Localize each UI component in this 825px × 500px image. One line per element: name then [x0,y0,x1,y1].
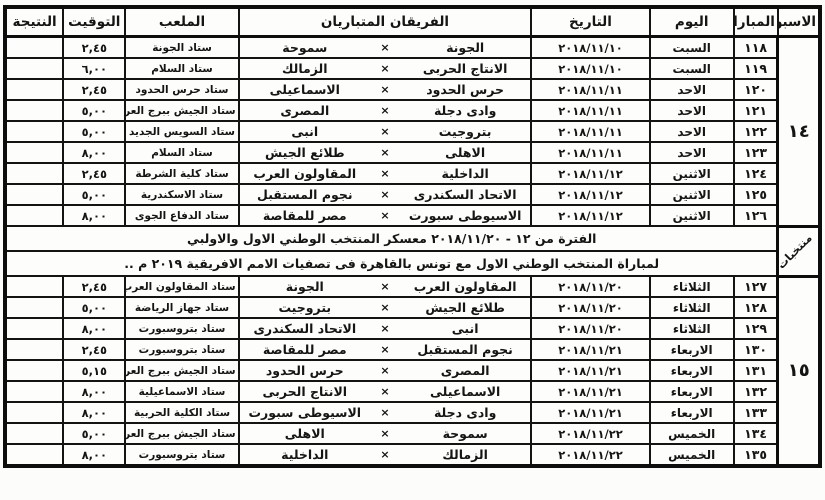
cell-result [5,184,63,205]
cell-match-number: ١٣٠ [734,339,778,360]
vs-symbol: × [368,406,402,419]
week-number-cell: ١٤ [778,37,820,227]
team-home: المقاولون العرب [402,279,528,294]
cell-time: ٢,٤٥ [63,276,125,297]
cell-teams: وادى دجلة×المصرى [239,100,532,121]
cell-stadium: ستاد الاسماعيلية [125,381,238,402]
table-row: ١٢٣الاحد٢٠١٨/١١/١١الاهلى×طلائع الجيشستاد… [5,142,820,163]
team-home: سموحة [402,426,528,441]
cell-day: السبت [650,58,734,79]
cell-time: ٥,٠٠ [63,297,125,318]
note-side-label: منتخبات [778,232,814,272]
cell-date: ٢٠١٨/١١/٢٠ [531,297,649,318]
cell-stadium: ستاد الجيش ببرج العرب [125,423,238,444]
cell-teams: طلائع الجيش×بتروجيت [239,297,532,318]
cell-time: ٢,٤٥ [63,163,125,184]
cell-date: ٢٠١٨/١١/١١ [531,79,649,100]
cell-teams: نجوم المستقبل×مصر للمقاصة [239,339,532,360]
cell-match-number: ١٣١ [734,360,778,381]
cell-stadium: ستاد حرس الحدود [125,79,238,100]
cell-teams: حرس الحدود×الاسماعيلى [239,79,532,100]
teams-row: الداخلية×المقاولون العرب [242,166,529,181]
table-row: ١٤١١٨السبت٢٠١٨/١١/١٠الجونة×سموحةستاد الج… [5,37,820,59]
cell-day: الاحد [650,121,734,142]
cell-result [5,205,63,226]
team-home: الانتاج الحربى [402,61,528,76]
cell-day: الاربعاء [650,381,734,402]
cell-stadium: ستاد بتروسبورت [125,318,238,339]
table-row: ١٢٤الاثنين٢٠١٨/١١/١٢الداخلية×المقاولون ا… [5,163,820,184]
teams-row: المصرى×حرس الحدود [242,363,529,378]
team-home: المصرى [402,363,528,378]
cell-result [5,163,63,184]
teams-row: حرس الحدود×الاسماعيلى [242,82,529,97]
cell-stadium: ستاد السويس الجديد [125,121,238,142]
cell-time: ٢,٤٥ [63,339,125,360]
cell-stadium: ستاد الدفاع الجوى [125,205,238,226]
team-away: طلائع الجيش [242,145,368,160]
team-away: الداخلية [242,447,368,462]
table-row: ١٢١الاحد٢٠١٨/١١/١١وادى دجلة×المصرىستاد ا… [5,100,820,121]
cell-date: ٢٠١٨/١١/٢٠ [531,276,649,297]
cell-date: ٢٠١٨/١١/٢١ [531,339,649,360]
table-row: ١٢٦الاثنين٢٠١٨/١١/١٢الاسيوطى سبورت×مصر ل… [5,205,820,226]
cell-teams: المقاولون العرب×الجونة [239,276,532,297]
cell-date: ٢٠١٨/١١/٢٠ [531,318,649,339]
teams-row: وادى دجلة×المصرى [242,103,529,118]
cell-time: ٨,٠٠ [63,444,125,466]
cell-day: الاحد [650,100,734,121]
cell-result [5,297,63,318]
teams-row: بتروجيت×انبى [242,124,529,139]
team-away: الزمالك [242,61,368,76]
team-away: حرس الحدود [242,363,368,378]
vs-symbol: × [368,83,402,96]
team-home: الداخلية [402,166,528,181]
cell-stadium: ستاد جهاز الرياضة [125,297,238,318]
team-away: الاهلى [242,426,368,441]
team-away: المقاولون العرب [242,166,368,181]
team-home: الجونة [402,40,528,55]
match-schedule-table: الاسبوعالمباراةاليومالتاريخالفريقان المت… [3,5,822,468]
header-result: النتيجة [5,7,63,37]
cell-date: ٢٠١٨/١١/١٢ [531,163,649,184]
cell-time: ٢,٤٥ [63,79,125,100]
team-home: نجوم المستقبل [402,342,528,357]
header-time: التوقيت [63,7,125,37]
team-home: وادى دجلة [402,103,528,118]
cell-teams: الانتاج الحربى×الزمالك [239,58,532,79]
cell-teams: وادى دجلة×الاسيوطى سبورت [239,402,532,423]
cell-result [5,100,63,121]
cell-result [5,402,63,423]
teams-row: سموحة×الاهلى [242,426,529,441]
team-away: نجوم المستقبل [242,187,368,202]
header-day: اليوم [650,7,734,37]
vs-symbol: × [368,322,402,335]
team-home: بتروجيت [402,124,528,139]
team-away: الاتحاد السكندرى [242,321,368,336]
cell-match-number: ١٢١ [734,100,778,121]
cell-date: ٢٠١٨/١١/٢٢ [531,423,649,444]
cell-teams: الاسيوطى سبورت×مصر للمقاصة [239,205,532,226]
table-row: ١٢٩الثلاثاء٢٠١٨/١١/٢٠انبى×الاتحاد السكند… [5,318,820,339]
header-row: الاسبوعالمباراةاليومالتاريخالفريقان المت… [5,7,820,37]
vs-symbol: × [368,62,402,75]
team-away: الاسماعيلى [242,82,368,97]
cell-time: ٦,٠٠ [63,58,125,79]
vs-symbol: × [368,125,402,138]
cell-date: ٢٠١٨/١١/١٠ [531,58,649,79]
vs-symbol: × [368,427,402,440]
cell-time: ٢,٤٥ [63,37,125,59]
cell-match-number: ١١٩ [734,58,778,79]
teams-row: وادى دجلة×الاسيوطى سبورت [242,405,529,420]
table-row: ١٣٠الاربعاء٢٠١٨/١١/٢١نجوم المستقبل×مصر ل… [5,339,820,360]
cell-day: الثلاثاء [650,318,734,339]
cell-teams: الجونة×سموحة [239,37,532,59]
cell-teams: بتروجيت×انبى [239,121,532,142]
cell-teams: سموحة×الاهلى [239,423,532,444]
teams-row: طلائع الجيش×بتروجيت [242,300,529,315]
teams-row: الزمالك×الداخلية [242,447,529,462]
note-row: منتخباتالفترة من ١٢ - ٢٠١٨/١١/٢٠ معسكر ا… [5,226,820,251]
cell-match-number: ١٣٣ [734,402,778,423]
cell-result [5,58,63,79]
team-home: وادى دجلة [402,405,528,420]
cell-match-number: ١٢٨ [734,297,778,318]
cell-date: ٢٠١٨/١١/٢١ [531,402,649,423]
cell-time: ٨,٠٠ [63,205,125,226]
cell-match-number: ١٢٩ [734,318,778,339]
vs-symbol: × [368,104,402,117]
cell-date: ٢٠١٨/١١/١١ [531,121,649,142]
cell-date: ٢٠١٨/١١/٢١ [531,381,649,402]
cell-stadium: ستاد السلام [125,58,238,79]
team-away: المصرى [242,103,368,118]
team-home: الاسيوطى سبورت [402,208,528,223]
table-row: ١٢٨الثلاثاء٢٠١٨/١١/٢٠طلائع الجيش×بتروجيت… [5,297,820,318]
cell-time: ٥,١٥ [63,360,125,381]
table-row: ١٣٢الاربعاء٢٠١٨/١١/٢١الاسماعيلى×الانتاج … [5,381,820,402]
table-header: الاسبوعالمباراةاليومالتاريخالفريقان المت… [5,7,820,37]
cell-teams: الداخلية×المقاولون العرب [239,163,532,184]
vs-symbol: × [368,167,402,180]
cell-day: السبت [650,37,734,59]
cell-day: الاربعاء [650,339,734,360]
cell-day: الاحد [650,142,734,163]
team-away: انبى [242,124,368,139]
cell-match-number: ١٢٦ [734,205,778,226]
cell-time: ٨,٠٠ [63,318,125,339]
team-away: الجونة [242,279,368,294]
header-teams: الفريقان المتباريان [239,7,532,37]
vs-symbol: × [368,146,402,159]
vs-symbol: × [368,343,402,356]
header-stadium: الملعب [125,7,238,37]
vs-symbol: × [368,188,402,201]
table-row: ١١٩السبت٢٠١٨/١١/١٠الانتاج الحربى×الزمالك… [5,58,820,79]
cell-date: ٢٠١٨/١١/١١ [531,142,649,163]
cell-match-number: ١٢٧ [734,276,778,297]
cell-time: ٨,٠٠ [63,381,125,402]
team-home: الاهلى [402,145,528,160]
teams-row: المقاولون العرب×الجونة [242,279,529,294]
cell-stadium: ستاد الجونة [125,37,238,59]
vs-symbol: × [368,385,402,398]
team-home: انبى [402,321,528,336]
cell-day: الخميس [650,423,734,444]
table-row: ١٣٥الخميس٢٠١٨/١١/٢٢الزمالك×الداخليةستاد … [5,444,820,466]
cell-date: ٢٠١٨/١١/١١ [531,100,649,121]
table-row: ١٢٥الاثنين٢٠١٨/١١/١٢الاتحاد السكندرى×نجو… [5,184,820,205]
week-number-cell: ١٥ [778,276,820,466]
cell-stadium: ستاد الاسكندرية [125,184,238,205]
table-row: ١٣١الاربعاء٢٠١٨/١١/٢١المصرى×حرس الحدودست… [5,360,820,381]
vs-symbol: × [368,41,402,54]
cell-stadium: ستاد كلية الشرطة [125,163,238,184]
cell-date: ٢٠١٨/١١/١٠ [531,37,649,59]
note-row: لمباراة المنتخب الوطني الاول مع تونس بال… [5,251,820,276]
cell-teams: انبى×الاتحاد السكندرى [239,318,532,339]
cell-date: ٢٠١٨/١١/٢١ [531,360,649,381]
vs-symbol: × [368,364,402,377]
cell-result [5,142,63,163]
cell-teams: المصرى×حرس الحدود [239,360,532,381]
teams-row: انبى×الاتحاد السكندرى [242,321,529,336]
note-text: الفترة من ١٢ - ٢٠١٨/١١/٢٠ معسكر المنتخب … [5,226,778,251]
teams-row: نجوم المستقبل×مصر للمقاصة [242,342,529,357]
cell-result [5,121,63,142]
cell-stadium: ستاد بتروسبورت [125,444,238,466]
cell-time: ٥,٠٠ [63,423,125,444]
cell-result [5,423,63,444]
cell-day: الاثنين [650,163,734,184]
cell-stadium: ستاد الجيش ببرج العرب [125,100,238,121]
cell-day: الاحد [650,79,734,100]
cell-match-number: ١٣٤ [734,423,778,444]
cell-result [5,318,63,339]
team-home: حرس الحدود [402,82,528,97]
cell-teams: الاهلى×طلائع الجيش [239,142,532,163]
cell-match-number: ١٢٤ [734,163,778,184]
cell-match-number: ١٢٠ [734,79,778,100]
cell-result [5,381,63,402]
table-row: ١٢٠الاحد٢٠١٨/١١/١١حرس الحدود×الاسماعيلىس… [5,79,820,100]
cell-match-number: ١٢٥ [734,184,778,205]
vs-symbol: × [368,301,402,314]
team-home: طلائع الجيش [402,300,528,315]
table-row: ١٥١٢٧الثلاثاء٢٠١٨/١١/٢٠المقاولون العرب×ا… [5,276,820,297]
teams-row: الاسماعيلى×الانتاج الحربى [242,384,529,399]
cell-result [5,360,63,381]
cell-day: الثلاثاء [650,297,734,318]
cell-day: الاثنين [650,184,734,205]
note-side-cell: منتخبات [778,226,820,276]
cell-day: الاربعاء [650,360,734,381]
team-away: الانتاج الحربى [242,384,368,399]
cell-time: ٥,٠٠ [63,100,125,121]
cell-match-number: ١٢٣ [734,142,778,163]
cell-result [5,276,63,297]
team-away: بتروجيت [242,300,368,315]
cell-teams: الاتحاد السكندرى×نجوم المستقبل [239,184,532,205]
table-body: ١٤١١٨السبت٢٠١٨/١١/١٠الجونة×سموحةستاد الج… [5,37,820,467]
cell-stadium: ستاد الكلية الحربية [125,402,238,423]
cell-time: ٥,٠٠ [63,184,125,205]
cell-day: الخميس [650,444,734,466]
teams-row: الاسيوطى سبورت×مصر للمقاصة [242,208,529,223]
table-row: ١٣٣الاربعاء٢٠١٨/١١/٢١وادى دجلة×الاسيوطى … [5,402,820,423]
cell-time: ٨,٠٠ [63,402,125,423]
cell-result [5,79,63,100]
header-date: التاريخ [531,7,649,37]
cell-time: ٨,٠٠ [63,142,125,163]
table-row: ١٣٤الخميس٢٠١٨/١١/٢٢سموحة×الاهلىستاد الجي… [5,423,820,444]
team-away: مصر للمقاصة [242,208,368,223]
cell-time: ٥,٠٠ [63,121,125,142]
team-home: الاسماعيلى [402,384,528,399]
team-away: سموحة [242,40,368,55]
cell-stadium: ستاد الجيش ببرج العرب [125,360,238,381]
team-away: الاسيوطى سبورت [242,405,368,420]
cell-result [5,444,63,466]
cell-stadium: ستاد المقاولون العرب [125,276,238,297]
team-home: الاتحاد السكندرى [402,187,528,202]
team-home: الزمالك [402,447,528,462]
cell-match-number: ١١٨ [734,37,778,59]
cell-day: الاثنين [650,205,734,226]
cell-day: الثلاثاء [650,276,734,297]
teams-row: الجونة×سموحة [242,40,529,55]
cell-result [5,339,63,360]
team-away: مصر للمقاصة [242,342,368,357]
cell-match-number: ١٣٥ [734,444,778,466]
table-row: ١٢٢الاحد٢٠١٨/١١/١١بتروجيت×انبىستاد السوي… [5,121,820,142]
cell-teams: الاسماعيلى×الانتاج الحربى [239,381,532,402]
cell-match-number: ١٣٢ [734,381,778,402]
cell-stadium: ستاد السلام [125,142,238,163]
cell-match-number: ١٢٢ [734,121,778,142]
vs-symbol: × [368,448,402,461]
vs-symbol: × [368,209,402,222]
cell-date: ٢٠١٨/١١/١٢ [531,184,649,205]
cell-date: ٢٠١٨/١١/١٢ [531,205,649,226]
cell-day: الاربعاء [650,402,734,423]
cell-teams: الزمالك×الداخلية [239,444,532,466]
note-text: لمباراة المنتخب الوطني الاول مع تونس بال… [5,251,778,276]
teams-row: الاتحاد السكندرى×نجوم المستقبل [242,187,529,202]
teams-row: الاهلى×طلائع الجيش [242,145,529,160]
cell-stadium: ستاد بتروسبورت [125,339,238,360]
header-week: الاسبوع [778,7,820,37]
header-match: المباراة [734,7,778,37]
vs-symbol: × [368,280,402,293]
cell-result [5,37,63,59]
cell-date: ٢٠١٨/١١/٢٢ [531,444,649,466]
teams-row: الانتاج الحربى×الزمالك [242,61,529,76]
scanned-schedule-page: الاسبوعالمباراةاليومالتاريخالفريقان المت… [0,0,825,500]
